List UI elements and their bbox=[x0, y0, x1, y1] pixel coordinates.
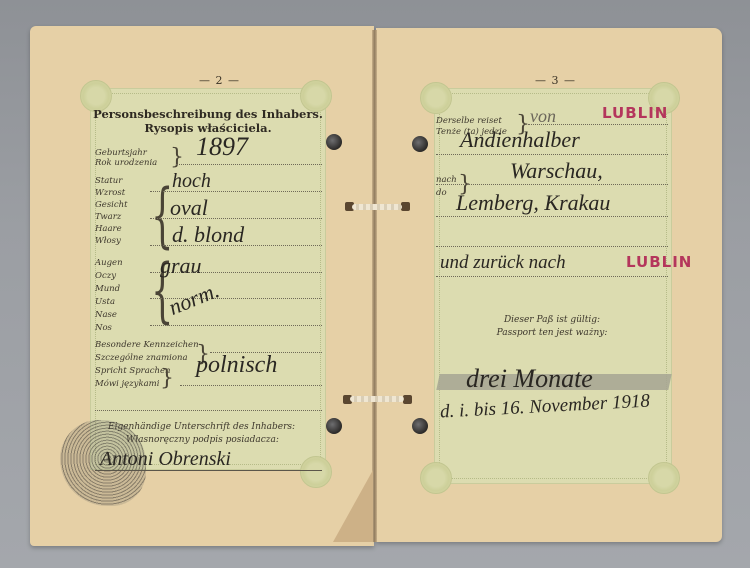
signature-label-de: Eigenhändige Unterschrift des Inhabers: bbox=[108, 423, 295, 432]
destinations-lemberg-krakau: Lemberg, Krakau bbox=[456, 190, 610, 216]
punch-hole bbox=[326, 134, 342, 150]
description-title-de: Personsbeschreibung des Inhabers. bbox=[90, 107, 326, 121]
rosette-ornament bbox=[648, 462, 680, 494]
label-to-pl: do bbox=[436, 189, 447, 198]
return-text: und zurück nach bbox=[440, 252, 566, 274]
label-stature-de: Statur bbox=[95, 177, 122, 186]
value-stature: hoch bbox=[172, 170, 211, 193]
travel-purpose: Andienhalber bbox=[460, 127, 580, 153]
validity-label-de: Dieser Paß ist gültig: bbox=[434, 314, 670, 326]
destination-warsaw: Warschau, bbox=[510, 158, 603, 184]
value-face: oval bbox=[170, 195, 208, 221]
label-stature-pl: Wzrost bbox=[95, 189, 125, 198]
value-hair: d. blond bbox=[172, 222, 244, 248]
label-travels-de: Derselbe reiset bbox=[436, 117, 502, 126]
thread-knot bbox=[401, 202, 410, 211]
label-marks-de: Besondere Kennzeichen bbox=[95, 341, 199, 350]
label-hair-de: Haare bbox=[95, 225, 122, 234]
return-stamp-lublin: LUBLIN bbox=[626, 253, 692, 271]
from-stamp-lublin: LUBLIN bbox=[602, 104, 668, 122]
signature-line bbox=[95, 470, 322, 471]
entry-line bbox=[528, 124, 668, 125]
torn-corner bbox=[333, 470, 373, 542]
label-mouth-pl: Usta bbox=[95, 298, 115, 307]
binding-thread bbox=[350, 396, 404, 402]
value-birth-year: 1897 bbox=[196, 132, 248, 162]
label-languages-pl: Mówi językami bbox=[95, 380, 159, 389]
punch-hole bbox=[412, 136, 428, 152]
page-number-left: — 2 — bbox=[199, 74, 240, 87]
entry-line bbox=[436, 184, 668, 185]
label-eyes-pl: Oczy bbox=[95, 272, 116, 281]
entry-line bbox=[150, 325, 322, 326]
value-languages: polnisch bbox=[196, 352, 277, 379]
entry-line bbox=[436, 276, 668, 277]
rosette-ornament bbox=[420, 82, 452, 114]
thread-knot bbox=[403, 395, 412, 404]
binding-thread bbox=[352, 204, 402, 210]
punch-hole bbox=[412, 418, 428, 434]
rosette-ornament bbox=[420, 462, 452, 494]
label-hair-pl: Włosy bbox=[95, 237, 121, 246]
page-number-right: — 3 — bbox=[535, 74, 576, 87]
rosette-ornament bbox=[300, 456, 332, 488]
entry-line bbox=[180, 385, 322, 386]
label-birth-year-pl: Rok urodzenia bbox=[95, 159, 157, 168]
brace: } bbox=[160, 368, 174, 390]
entry-line bbox=[176, 164, 322, 165]
label-marks-pl: Szczególne znamiona bbox=[95, 354, 188, 363]
entry-line bbox=[436, 246, 668, 247]
validity-period: drei Monate bbox=[466, 364, 593, 394]
value-eyes: grau bbox=[160, 253, 202, 279]
label-face-pl: Twarz bbox=[95, 213, 121, 222]
label-face-de: Gesicht bbox=[95, 201, 128, 210]
label-nose-de: Nase bbox=[95, 311, 117, 320]
label-nose-pl: Nos bbox=[95, 324, 112, 333]
entry-line bbox=[95, 410, 322, 411]
label-eyes-de: Augen bbox=[95, 259, 123, 268]
signature-label-pl: Własnoręczny podpis posiadacza: bbox=[126, 436, 279, 445]
validity-label-pl: Passport ten jest ważny: bbox=[434, 327, 670, 339]
book-spine bbox=[372, 30, 377, 542]
brace: } bbox=[170, 147, 184, 169]
punch-hole bbox=[326, 418, 342, 434]
entry-line bbox=[436, 216, 668, 217]
label-mouth-de: Mund bbox=[95, 285, 120, 294]
holder-signature: Antoni Obrenski bbox=[100, 448, 231, 471]
entry-line bbox=[436, 154, 668, 155]
label-birth-year-de: Geburtsjahr bbox=[95, 149, 147, 158]
